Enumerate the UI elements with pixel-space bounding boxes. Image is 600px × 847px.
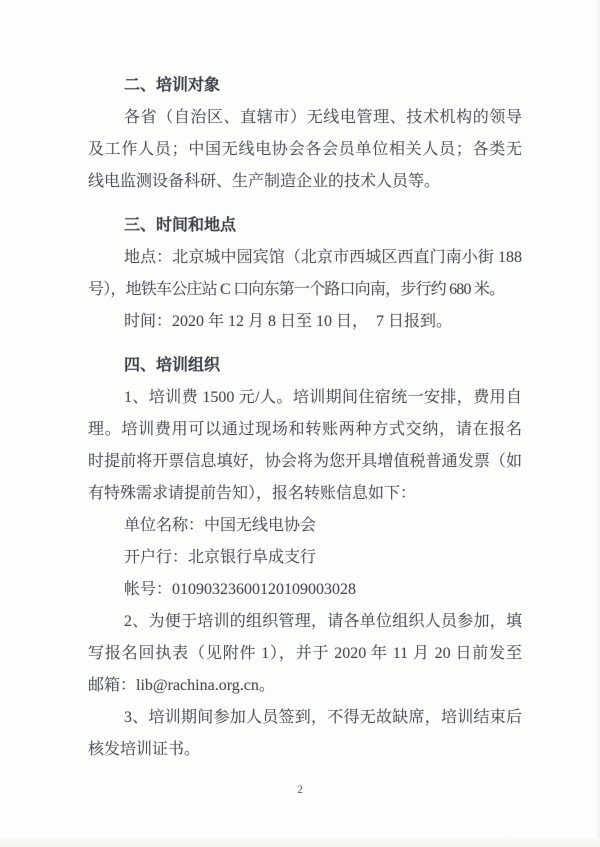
doc-line: 有特殊需求请提前告知），报名转账信息如下： xyxy=(88,478,522,510)
section-heading-organization: 四、培训组织 xyxy=(88,350,522,382)
doc-line-attendance: 3、培训期间参加人员签到，不得无故缺席，培训结束后 xyxy=(88,702,522,734)
doc-line-location: 地点：北京城中园宾馆（北京市西城区西直门南小街 188 xyxy=(88,242,522,274)
doc-line: 线电监测设备科研、生产制造企业的技术人员等。 xyxy=(88,166,522,198)
doc-line-registration: 2、为便于培训的组织管理，请各单位组织人员参加，填 xyxy=(88,606,522,638)
scan-artifact-bottom-edge xyxy=(0,838,600,847)
section-heading-training-targets: 二、培训对象 xyxy=(88,70,522,102)
bank-branch: 开户行：北京银行阜成支行 xyxy=(88,542,522,574)
doc-line-registration: 写报名回执表（见附件 1），并于 2020 年 11 月 20 日前发至 xyxy=(88,638,522,670)
doc-line: 理。培训费用可以通过现场和转账两种方式交纳，请在报名 xyxy=(88,414,522,446)
section-heading-time-location: 三、时间和地点 xyxy=(88,210,522,242)
scanned-document-page: 二、培训对象 各省（自治区、直辖市）无线电管理、技术机构的领导 及工作人员；中国… xyxy=(0,0,600,847)
doc-line: 各省（自治区、直辖市）无线电管理、技术机构的领导 xyxy=(88,102,522,134)
doc-line: 时提前将开票信息填好，协会将为您开具增值税普通发票（如 xyxy=(88,446,522,478)
doc-line-attendance: 核发培训证书。 xyxy=(88,734,522,766)
doc-line-email: 邮箱：lib@rachina.org.cn。 xyxy=(88,670,522,702)
doc-line-time: 时间：2020 年 12 月 8 日至 10 日， 7 日报到。 xyxy=(88,306,522,338)
bank-account-number: 帐号：01090323600120109003028 xyxy=(88,574,522,606)
bank-account-name: 单位名称：中国无线电协会 xyxy=(88,510,522,542)
doc-line: 及工作人员；中国无线电协会各会员单位相关人员；各类无 xyxy=(88,134,522,166)
doc-line-fee: 1、培训费 1500 元/人。培训期间住宿统一安排，费用自 xyxy=(88,382,522,414)
document-body: 二、培训对象 各省（自治区、直辖市）无线电管理、技术机构的领导 及工作人员；中国… xyxy=(0,0,600,766)
doc-line-location: 号），地铁车公庄站 C 口向东第一个路口向南，步行约 680 米。 xyxy=(88,274,522,306)
scan-artifact-right-edge xyxy=(595,0,600,847)
page-number: 2 xyxy=(0,781,600,797)
